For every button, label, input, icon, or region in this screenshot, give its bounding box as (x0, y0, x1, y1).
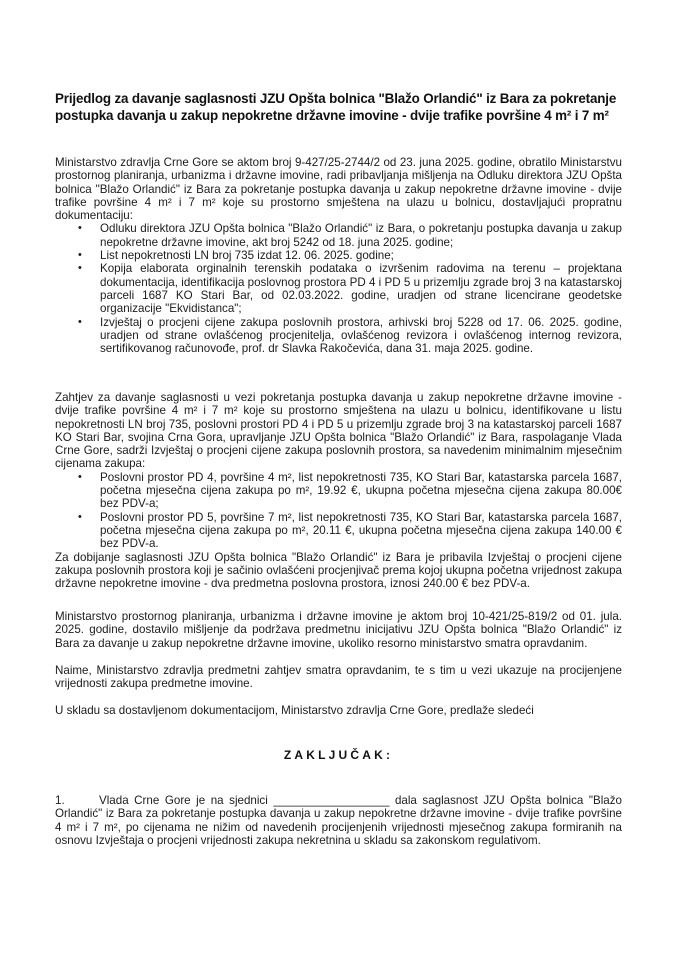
bullet-icon: • (78, 316, 82, 329)
bullet-icon: • (78, 511, 82, 524)
list-item-text: Izvještaj o procjeni cijene zakupa poslo… (100, 316, 622, 356)
list-item: • Poslovni prostor PD 5, površine 7 m², … (100, 511, 622, 551)
document-title: Prijedlog za davanje saglasnosti JZU Opš… (55, 90, 622, 124)
list-item: • Izvještaj o procjeni cijene zakupa pos… (100, 316, 622, 356)
conclusion-section: 1.Vlada Crne Gore je na sjednici _______… (55, 794, 622, 847)
intro-paragraph: Ministarstvo zdravlja Crne Gore se aktom… (55, 156, 622, 222)
valuation-paragraph: Za dobijanje saglasnosti JZU Opšta bolni… (55, 551, 622, 591)
conclusion-item: 1.Vlada Crne Gore je na sjednici _______… (55, 794, 622, 847)
prices-list: • Poslovni prostor PD 4, površine 4 m², … (55, 471, 622, 551)
ministry-opinion-section: Ministarstvo prostornog planiranja, urba… (55, 610, 622, 650)
list-item: • Odluku direktora JZU Opšta bolnica "Bl… (100, 222, 622, 249)
intro-section: Ministarstvo zdravlja Crne Gore se aktom… (55, 156, 622, 355)
documents-list: • Odluku direktora JZU Opšta bolnica "Bl… (55, 222, 622, 355)
conclusion-item-text: Vlada Crne Gore je na sjednici _________… (55, 794, 622, 847)
bullet-icon: • (78, 471, 82, 484)
list-item-text: Kopija elaborata orginalnih terenskih po… (100, 262, 622, 315)
justification-section: Naime, Ministarstvo zdravlja predmetni z… (55, 664, 622, 691)
list-item: • List nepokretnosti LN broj 735 izdat 1… (100, 249, 622, 262)
justification-paragraph: Naime, Ministarstvo zdravlja predmetni z… (55, 664, 622, 691)
request-paragraph: Zahtjev za davanje saglasnosti u vezi po… (55, 391, 622, 471)
list-item-text: List nepokretnosti LN broj 735 izdat 12.… (100, 249, 394, 262)
list-item-text: Poslovni prostor PD 4, površine 4 m², li… (100, 471, 622, 511)
proposal-paragraph: U skladu sa dostavljenom dokumentacijom,… (55, 704, 622, 717)
list-item: • Poslovni prostor PD 4, površine 4 m², … (100, 471, 622, 511)
proposal-section: U skladu sa dostavljenom dokumentacijom,… (55, 704, 622, 717)
conclusion-heading: ZAKLJUČAK: (55, 748, 622, 762)
list-item: • Kopija elaborata orginalnih terenskih … (100, 262, 622, 315)
list-item-text: Odluku direktora JZU Opšta bolnica "Blaž… (100, 222, 622, 248)
ministry-opinion-paragraph: Ministarstvo prostornog planiranja, urba… (55, 610, 622, 650)
list-item-text: Poslovni prostor PD 5, površine 7 m², li… (100, 511, 622, 551)
bullet-icon: • (78, 262, 82, 275)
bullet-icon: • (78, 249, 82, 262)
item-number: 1. (55, 794, 99, 807)
bullet-icon: • (78, 222, 82, 235)
request-section: Zahtjev za davanje saglasnosti u vezi po… (55, 391, 622, 590)
